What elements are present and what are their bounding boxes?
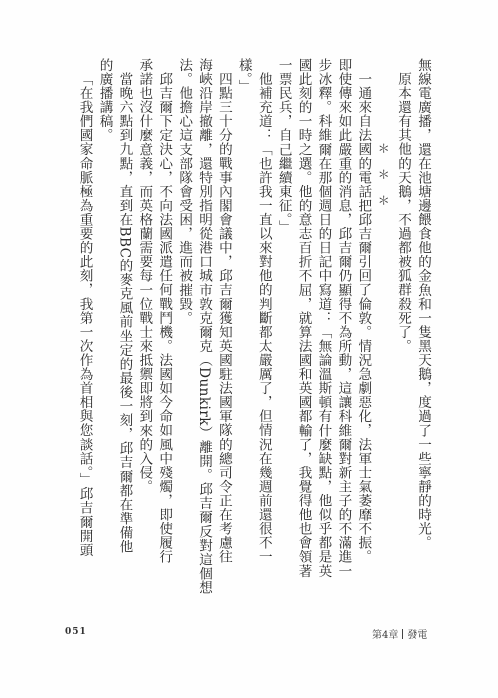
vertical-text-body: 無線電廣播，還在池塘邊餵食他的金魚和一隻黑天鵝，度過了一些寧靜的時光。 原本還有… bbox=[74, 58, 432, 578]
text-column: 的廣播講稿。 bbox=[94, 58, 114, 578]
text-column: 承諾也沒什麼意義，而英格蘭需要每一位戰士來抵禦即將到來的入侵。 bbox=[133, 58, 153, 578]
chapter-title: 發電 bbox=[407, 630, 427, 641]
text-column: 邱吉爾下定決心，不向法國派遣任何戰鬥機。法國如今命如風中殘燭，即使履行 bbox=[153, 58, 173, 578]
text-column: 一票民兵，自己繼續東征。」 bbox=[273, 58, 293, 578]
divider bbox=[402, 629, 403, 639]
text-column: 步冰釋。科維爾在那個週日的日記中寫道：「無論溫斯頓有什麼缺點，他似乎都是英 bbox=[313, 58, 333, 578]
chapter-number: 第4章 bbox=[372, 630, 398, 641]
text-column: 國此刻的一時之選。他的意志百折不屈，就算法國和英國都輸了，我覺得他也會領著 bbox=[293, 58, 313, 578]
text-column: 海峽沿岸撤離，還特別指明從港口城市敦克爾克（Dunkirk）離開。邱吉爾反對這個… bbox=[193, 58, 213, 578]
text-column: 一通來自法國的電話把邱吉爾引回了倫敦。情況急劇惡化，法軍士氣萎靡不振。 bbox=[352, 58, 372, 578]
text-column: 樣。」 bbox=[233, 58, 253, 578]
text-column: 他補充道：「也許我一直以來對他的判斷都太嚴厲了，但情況在幾週前還很不一 bbox=[253, 58, 273, 578]
text-column: 原本還有其他的天鵝，不過都被狐群殺死了。 bbox=[392, 58, 412, 578]
section-separator: ＊＊＊ bbox=[372, 58, 392, 578]
running-header: 第4章發電 bbox=[372, 626, 427, 641]
page-number: 051 bbox=[65, 627, 87, 637]
text-column: 當晚六點到九點，直到在BBC的麥克風前坐定的最後一刻，邱吉爾都在準備他 bbox=[114, 58, 134, 578]
text-column: 「在我們國家命脈極為重要的此刻，我第一次作為首相與您談話。」邱吉爾開頭 bbox=[74, 58, 94, 578]
text-column: 無線電廣播，還在池塘邊餵食他的金魚和一隻黑天鵝，度過了一些寧靜的時光。 bbox=[412, 58, 432, 578]
text-column: 即使傳來如此嚴重的消息，邱吉爾仍顯得不為所動，這讓科維爾對新主子的不滿進一 bbox=[332, 58, 352, 578]
text-column: 法。他擔心這支部隊會受困，進而被摧毀。 bbox=[173, 58, 193, 578]
text-column: 四點三十分的戰事內閣會議中，邱吉爾獲知英國駐法國軍隊的總司令正在考慮往 bbox=[213, 58, 233, 578]
book-page: 無線電廣播，還在池塘邊餵食他的金魚和一隻黑天鵝，度過了一些寧靜的時光。 原本還有… bbox=[0, 0, 498, 698]
